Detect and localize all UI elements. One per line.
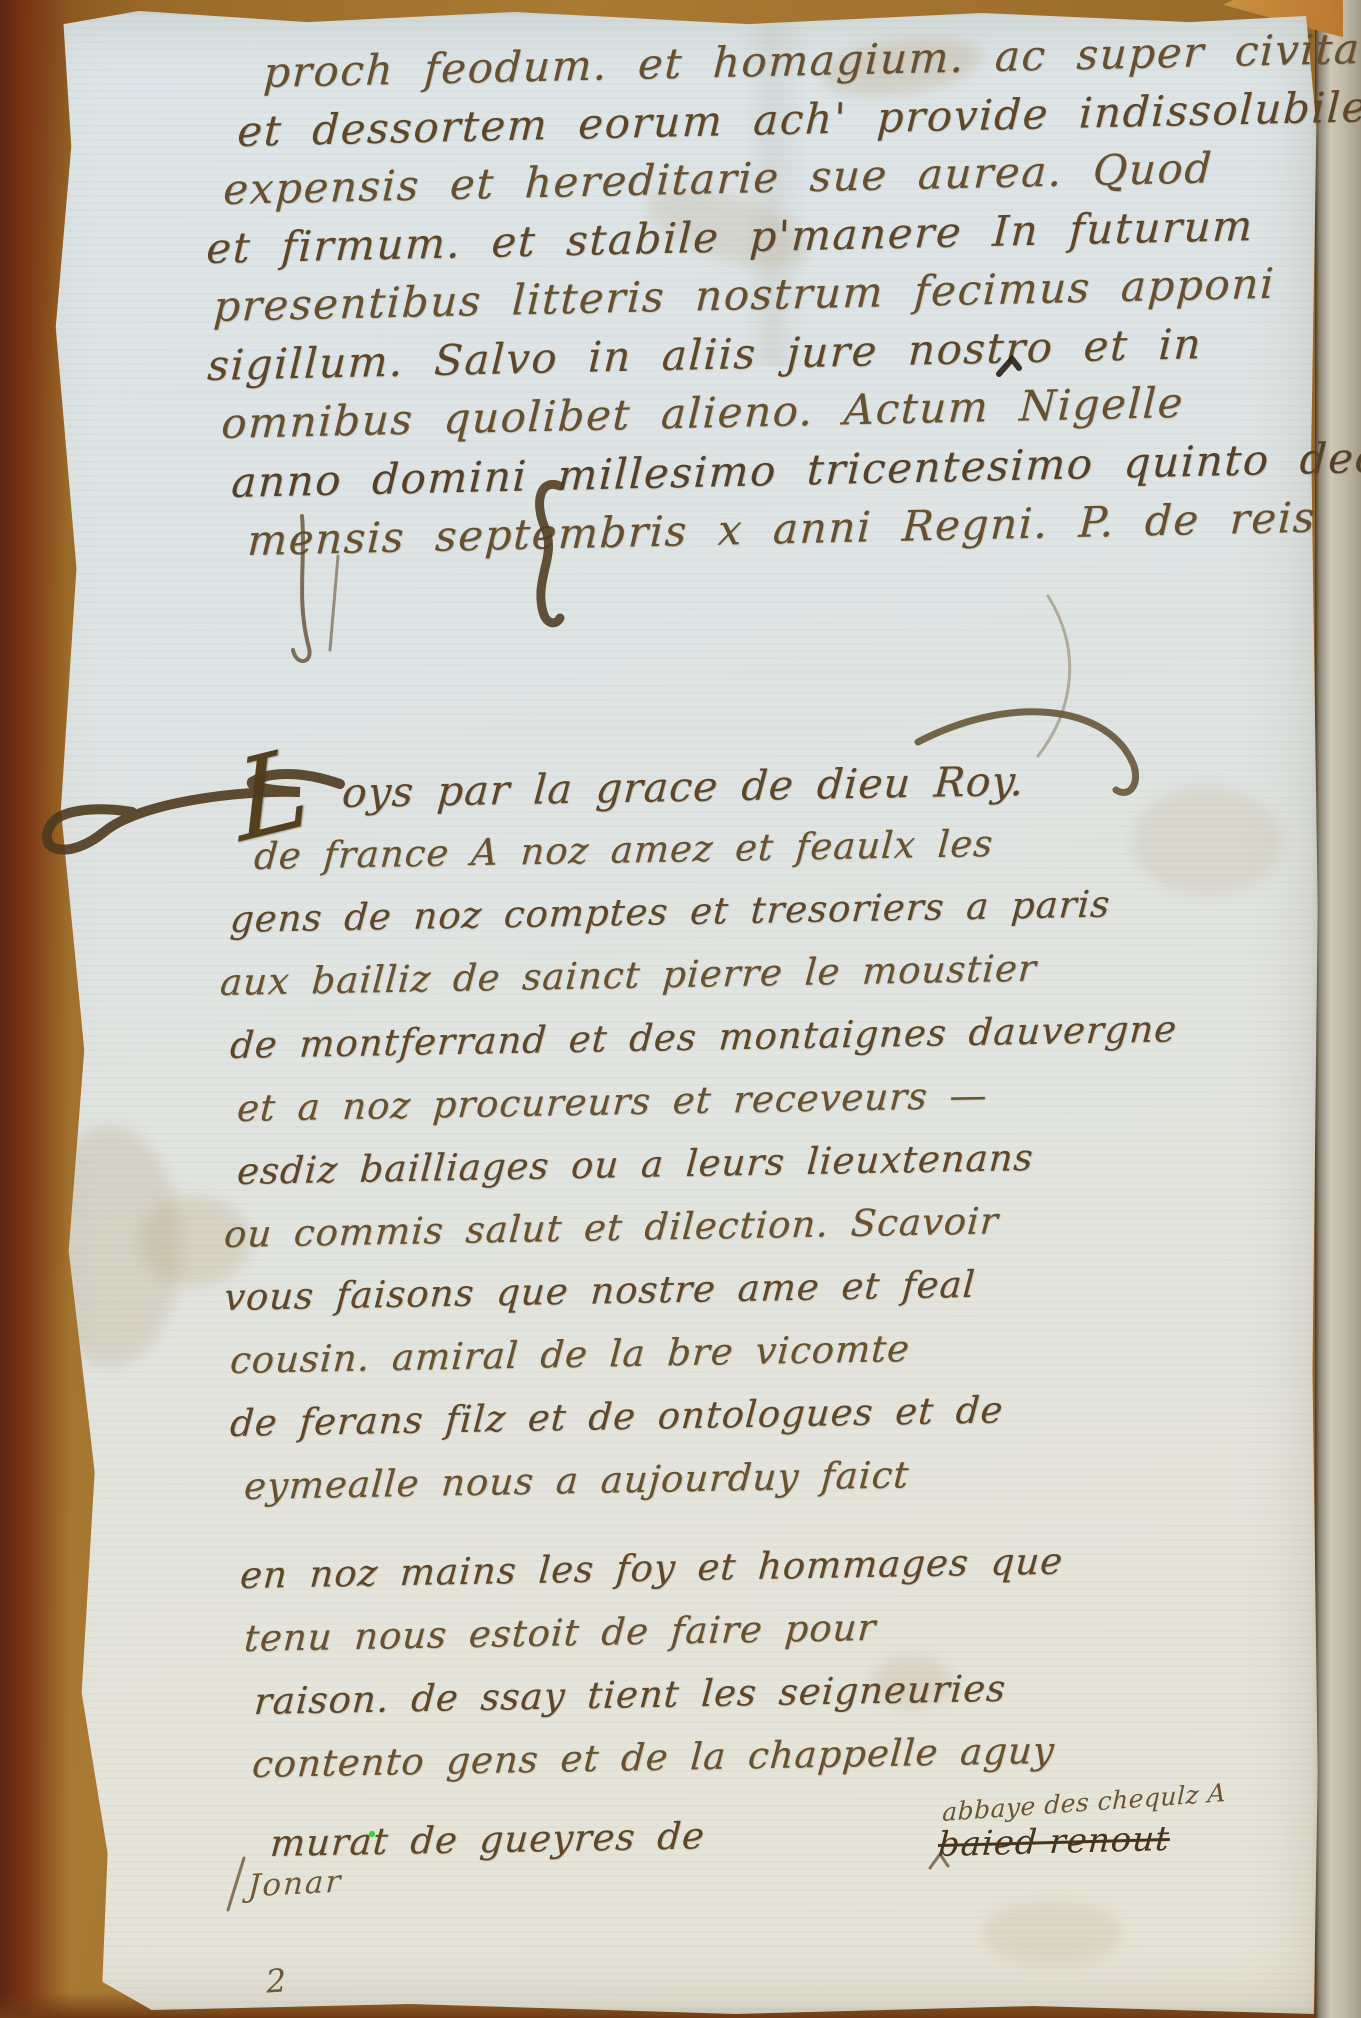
green-pixel-artifact (369, 1831, 375, 1837)
manuscript-photo: proch feodum. et homagium. ac super civi… (0, 0, 1361, 2018)
french-paragraph: oys par la grace de dieu Roy.de france A… (0, 762, 1361, 1875)
latin-paragraph: proch feodum. et homagium. ac super civi… (0, 44, 1361, 571)
paper-stain (982, 1901, 1122, 1965)
page-number-mark: 2 (265, 1961, 288, 2000)
signature-annotation: Jonar (247, 1863, 343, 1904)
struck-through-words: baied renout (937, 1819, 1171, 1865)
